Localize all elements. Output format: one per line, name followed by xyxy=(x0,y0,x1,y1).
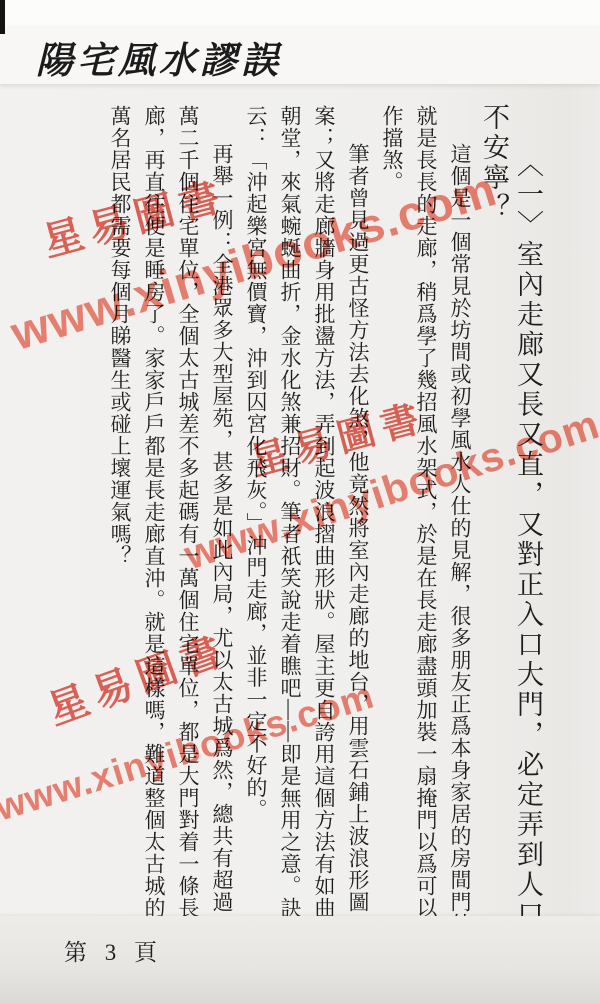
text-column: 云：「沖起樂宮無價寶，沖到囚宮化飛灰。」沖門走廊，並非一定不好的。 xyxy=(239,95,273,940)
text-column: 作擋煞。 xyxy=(375,95,409,940)
footer-band: 第 3 頁 xyxy=(0,916,600,1004)
text-block: 〈一〉室內走廊又長又直，又對正入口大門，必定弄到人口不安寧？這個是一個常見於坊間… xyxy=(85,95,545,940)
text-column: 案；又將走廊牆身用批盪方法，弄到起波浪摺曲形狀。屋主更自誇用這個方法有如曲水 xyxy=(307,95,341,940)
text-column: 朝堂，來氣蜿蜒曲折，金水化煞兼招財。筆者祇笑說走着瞧吧——即是無用之意。訣 xyxy=(273,95,307,940)
text-column: 廊，再直往便是睡房了。家家戶戶都是長走廊直沖。就是這樣嗎，難道整個太古城的數 xyxy=(137,95,171,940)
scanned-book-page: 陽宅風水謬誤 〈一〉室內走廊又長又直，又對正入口大門，必定弄到人口不安寧？這個是… xyxy=(0,0,600,1004)
text-column: 萬二千個住宅單位，全個太古城差不多起碼有一萬個住宅單位，都是大門對着一條長走 xyxy=(171,95,205,940)
book-title: 陽宅風水謬誤 xyxy=(36,30,282,84)
text-column: 筆者曾見過更古怪方法去化煞，他竟然將室內走廊的地台，用雲石鋪上波浪形圖 xyxy=(341,95,375,940)
scan-edge-mark xyxy=(0,0,5,34)
text-column: 這個是一個常見於坊間或初學風水人仕的見解，很多朋友正爲本身家居的房間門外 xyxy=(443,95,477,940)
text-column: 就是長長的走廊，稍爲學了幾招風水架式，於是在長走廊盡頭加裝一扇掩門以爲可以用 xyxy=(409,95,443,940)
text-column: 〈一〉室內走廊又長又直，又對正入口大門，必定弄到人口 xyxy=(511,95,545,940)
text-column: 萬名居民都需要每個月睇醫生或碰上壞運氣嗎？ xyxy=(103,95,137,940)
page-number: 第 3 頁 xyxy=(64,934,163,967)
scan-top-strip xyxy=(0,0,600,26)
text-column: 不安寧？ xyxy=(477,95,511,940)
text-column: 再舉一例：全港眾多大型屋苑，甚多是如此內局，尤以太古城爲然，總共有超過一 xyxy=(205,95,239,940)
